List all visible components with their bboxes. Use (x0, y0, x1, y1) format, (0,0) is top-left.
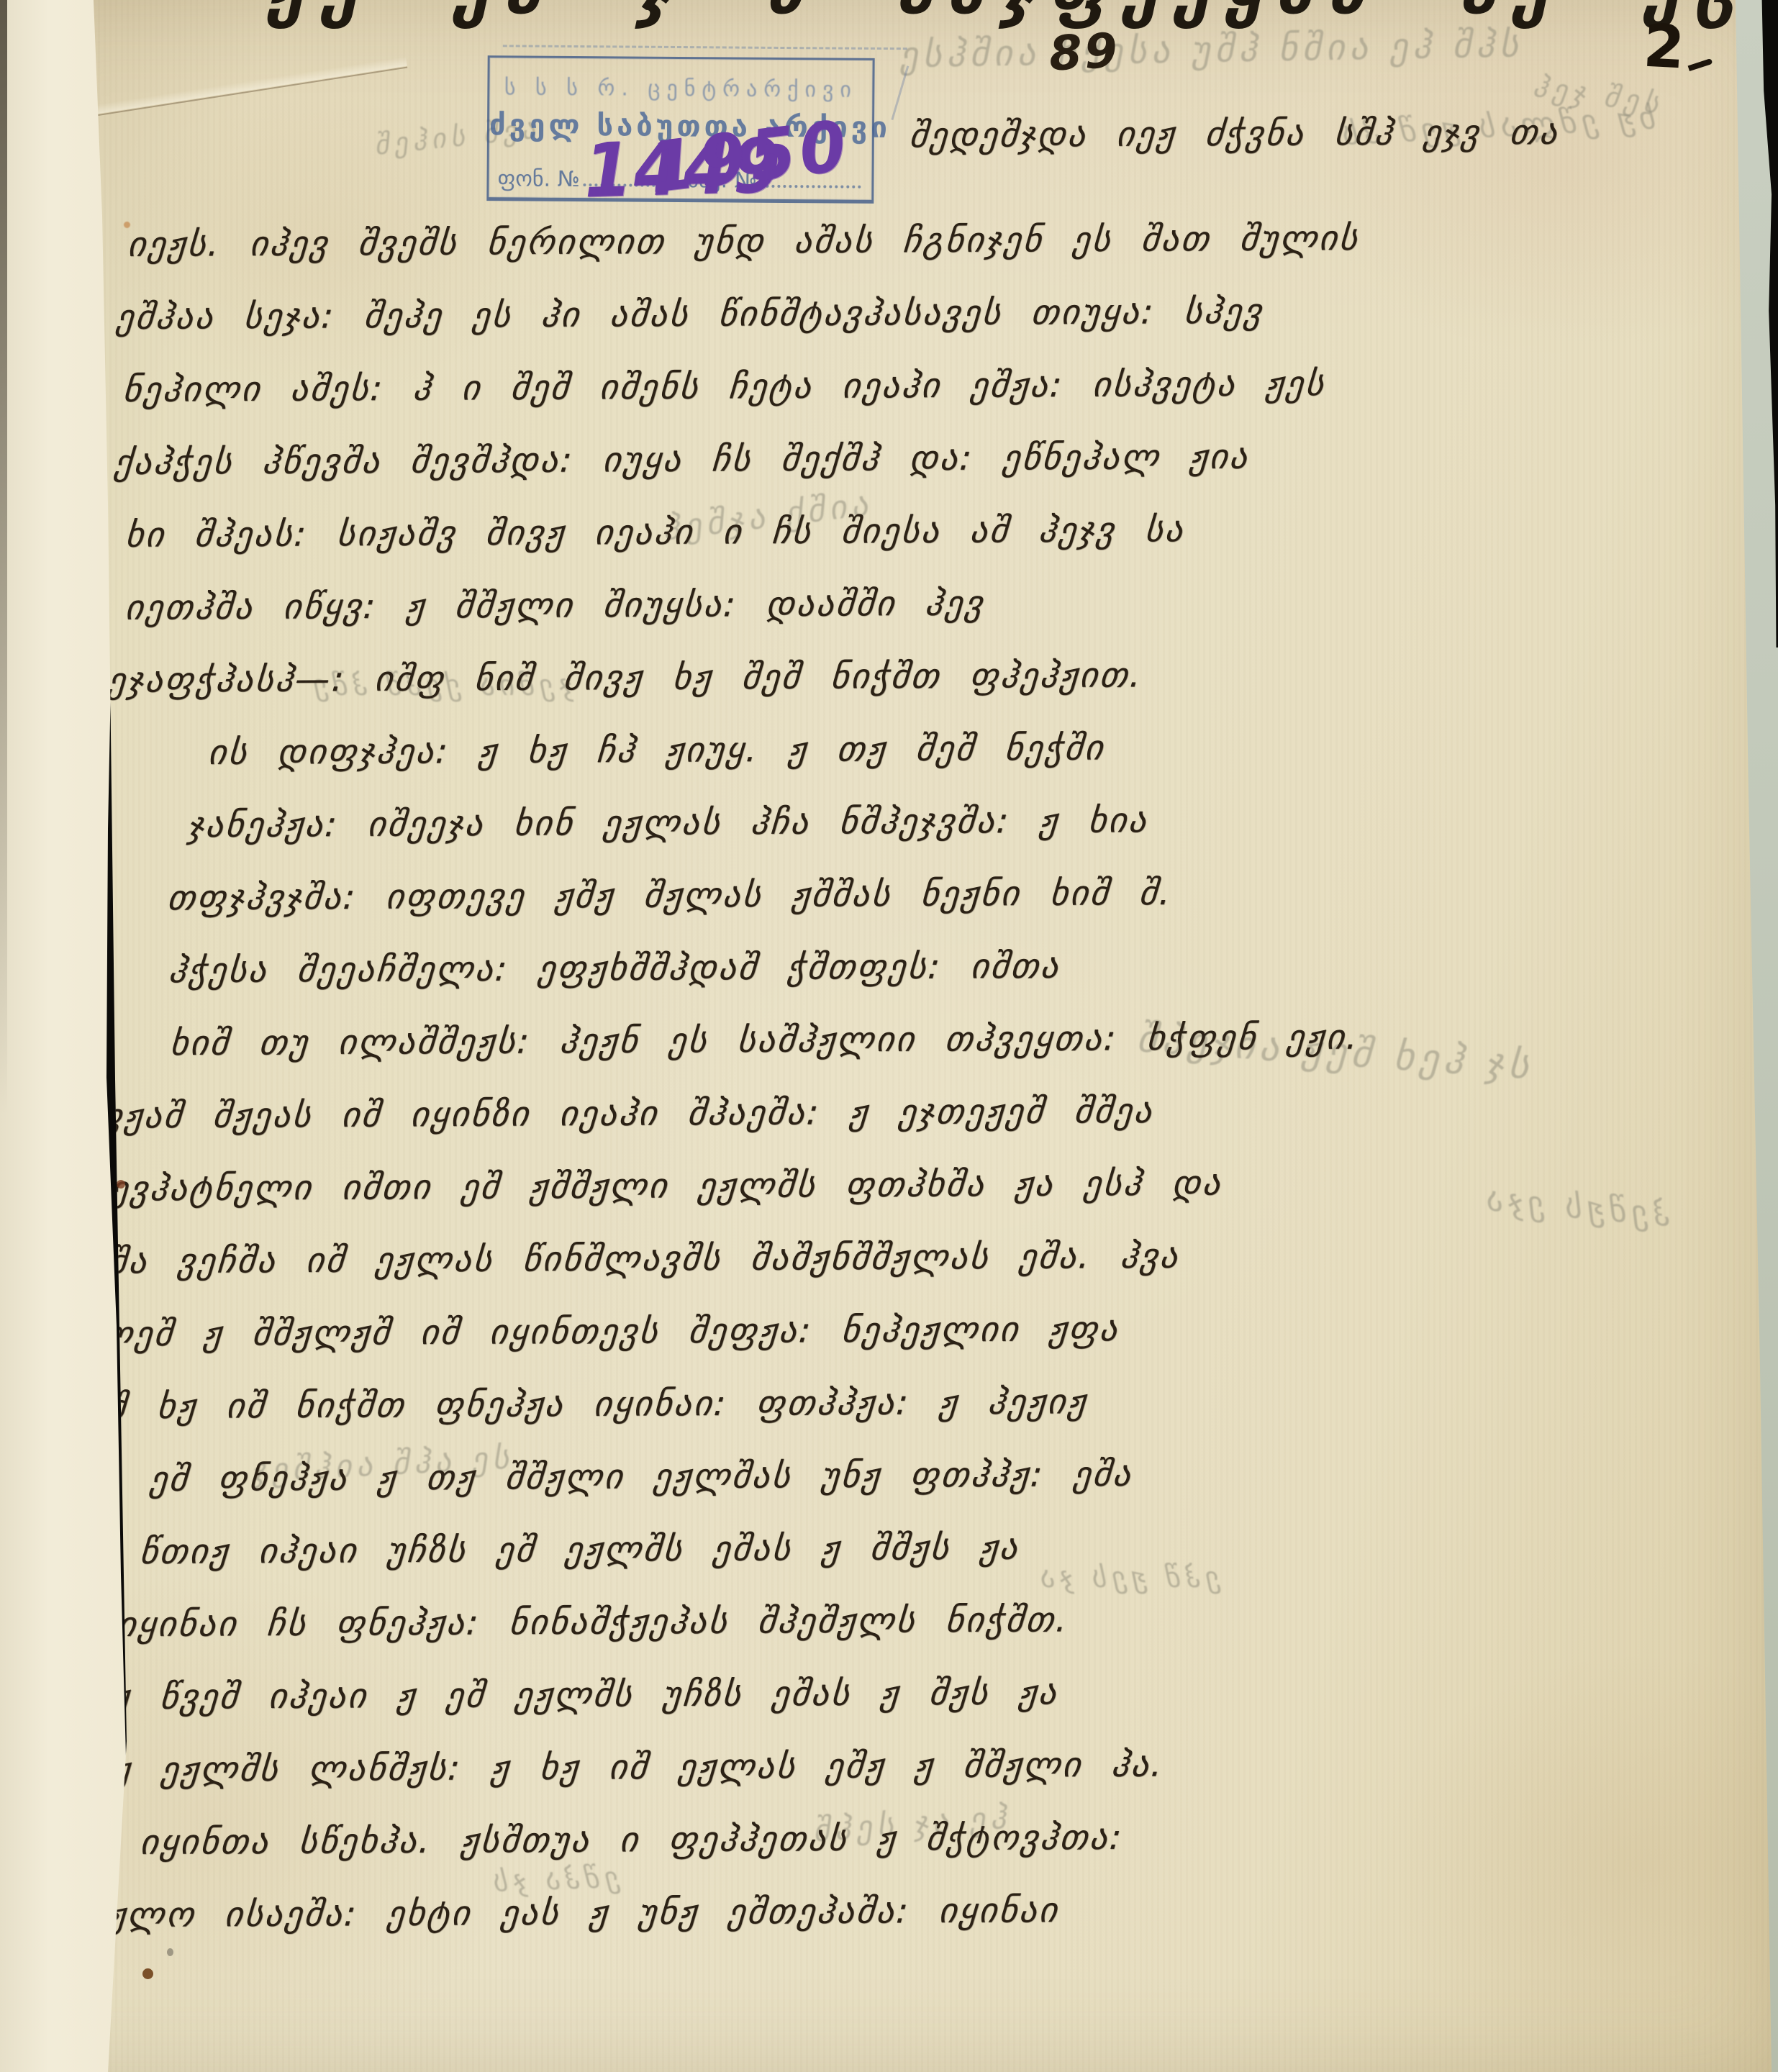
manuscript-line: ის დიფჯჰეა: ჟ ხჟ ჩჰ ჟიუყ. ჟ თჟ შეშ ნეჭში (204, 724, 1677, 805)
manuscript-line: იშ იყინთა სწეხჰა. ჟსშთუა ი ფეჰჰეთას ჟ შჭ… (67, 1814, 1587, 1895)
manuscript-line: ხიშ თუ ილაშშეჟს: ჰეჟნ ეს საშჰჟლიი თჰვეყთ… (165, 1015, 1652, 1096)
manuscript-line: იშა ვეჩშა იშ ეჟლას წინშლავშს შაშჟნშშჟლას… (84, 1233, 1634, 1314)
manuscript-line: იეჟს. იჰევ შვეშს ნერილით უნდ აშას ჩგნიჯე… (124, 216, 1718, 297)
manuscript-line: ხი შჰეას: სიჟაშვ შივჟ იეაჰი ი ჩს შიესა ა… (121, 506, 1694, 587)
manuscript-line: უნჟ ეჟლშს ლანშჟს: ჟ ხჟ იშ ეჟლას ეშჟ ჟ შშ… (67, 1742, 1592, 1822)
manuscript-line: ქაჰჭეს ჰწევშა შევშჰდა: იუყა ჩს შექშჰ და:… (110, 434, 1700, 515)
archive-stamp: ს ს ს რ. ცენტრარქივი ძველ საბუთთა არქივი… (486, 55, 874, 204)
manuscript-line: ნეჰილი აშეს: ჰ ი შეშ იშენს ჩეტა იეაჰი ეშ… (119, 361, 1706, 442)
stamp-line-1: ს ს ს რ. ცენტრარქივი (489, 75, 872, 103)
scanned-page: ჟუ ქჰ ჯ წ ჰშჯფექყშპ ჰე ქც ჟყ ესჰშია ჩქეს… (0, 0, 1778, 2072)
manuscript-line: იშევჰატნელი იშთი ეშ ჟშშჟლი ეჟლშს ფთჰხშა … (66, 1160, 1641, 1241)
ink-spot (142, 1968, 153, 1979)
manuscript-line: ხეშ ხჟ იშ ნიჭშთ ფნეჰჟა იყინაი: ფთჰჰჟა: ჟ… (64, 1378, 1623, 1459)
left-edge-shadow (0, 0, 7, 1115)
manuscript-line: ჰეჟ წვეშ იჰეაი ჟ ეშ ეჟლშს უჩზს ეშას ჟ შჟ… (68, 1669, 1599, 1750)
manuscript-line: იშ იყინაი ჩს ფნეჰჟა: ნინაშჭჟეჰას შჰეშჟლს… (45, 1596, 1605, 1677)
ink-spot (117, 1180, 125, 1189)
manuscript-line: საშაჟლო ისაეშა: ეხტი ეას ჟ უნჟ ეშთეჰაშა:… (24, 1887, 1581, 1968)
manuscript-line: ლეშ ჟ შშჟლჟშ იშ იყინთევს შეფჟა: ნეჰეჟლიი… (91, 1306, 1628, 1386)
paper-sheet: ჟუ ქჰ ჯ წ ჰშჯფექყშპ ჰე ქც ჟყ ესჰშია ჩქეს… (0, 0, 1778, 2072)
manuscript-text: შედეშჯდა იეჟ ძჭვნა სშჰ ეჯვ თაიეჟს. იჰევ … (0, 216, 1718, 1968)
manuscript-line: იეთჰშა იწყვ: ჟ შშჟლი შიუყსა: დააშში ჰევ (121, 579, 1688, 660)
manuscript-line: ჰჭესა შეეაჩშელა: ეფჟხშშჰდაშ ჭშთფეს: იშთა (165, 942, 1659, 1023)
manuscript-line: თფჯჰვჯშა: იფთევე ჟშჟ შჟლას ჟშშას ნეჟნი ხ… (163, 870, 1664, 950)
manuscript-line: შედეშჯდა იეჟ ძჭვნა სშჰ ეჯვ თა (905, 112, 1561, 188)
ink-spot (124, 222, 130, 228)
sheet-number: 2 (1642, 12, 1687, 83)
fond-label: ფონ. № (497, 166, 580, 192)
manuscript-line: ეჯაფჭჰასჰ—: იშფ ნიშ შივჟ ხჟ შეშ ნიჭშთ ფჰ… (104, 652, 1682, 732)
folio-number: 89 (1048, 22, 1121, 81)
manuscript-line: ჯანეჰჟა: იშეეჯა ხინ ეჟლას ჰჩა ნშჰეჯვშა: … (183, 797, 1670, 878)
ink-spot (167, 1948, 173, 1956)
manuscript-line: ხჟ წთიჟ იჰეაი უჩზს ეშ ეჟლშს ეშას ჟ შშჟს … (66, 1524, 1610, 1604)
manuscript-line: ეშჰაა სეჯა: შეჰე ეს ჰი აშას წინშტავჰასავ… (112, 288, 1712, 370)
manuscript-line: თჟ ეშ ფნეჰჟა ჟ თჟ შშჟლი ეჟლშას უნჟ ფთჰჰჟ… (66, 1451, 1616, 1532)
manuscript-line: ფჟაშ შჟეას იშ იყინზი იეაჰი შჰაეშა: ჟ ეჯთ… (89, 1088, 1646, 1168)
